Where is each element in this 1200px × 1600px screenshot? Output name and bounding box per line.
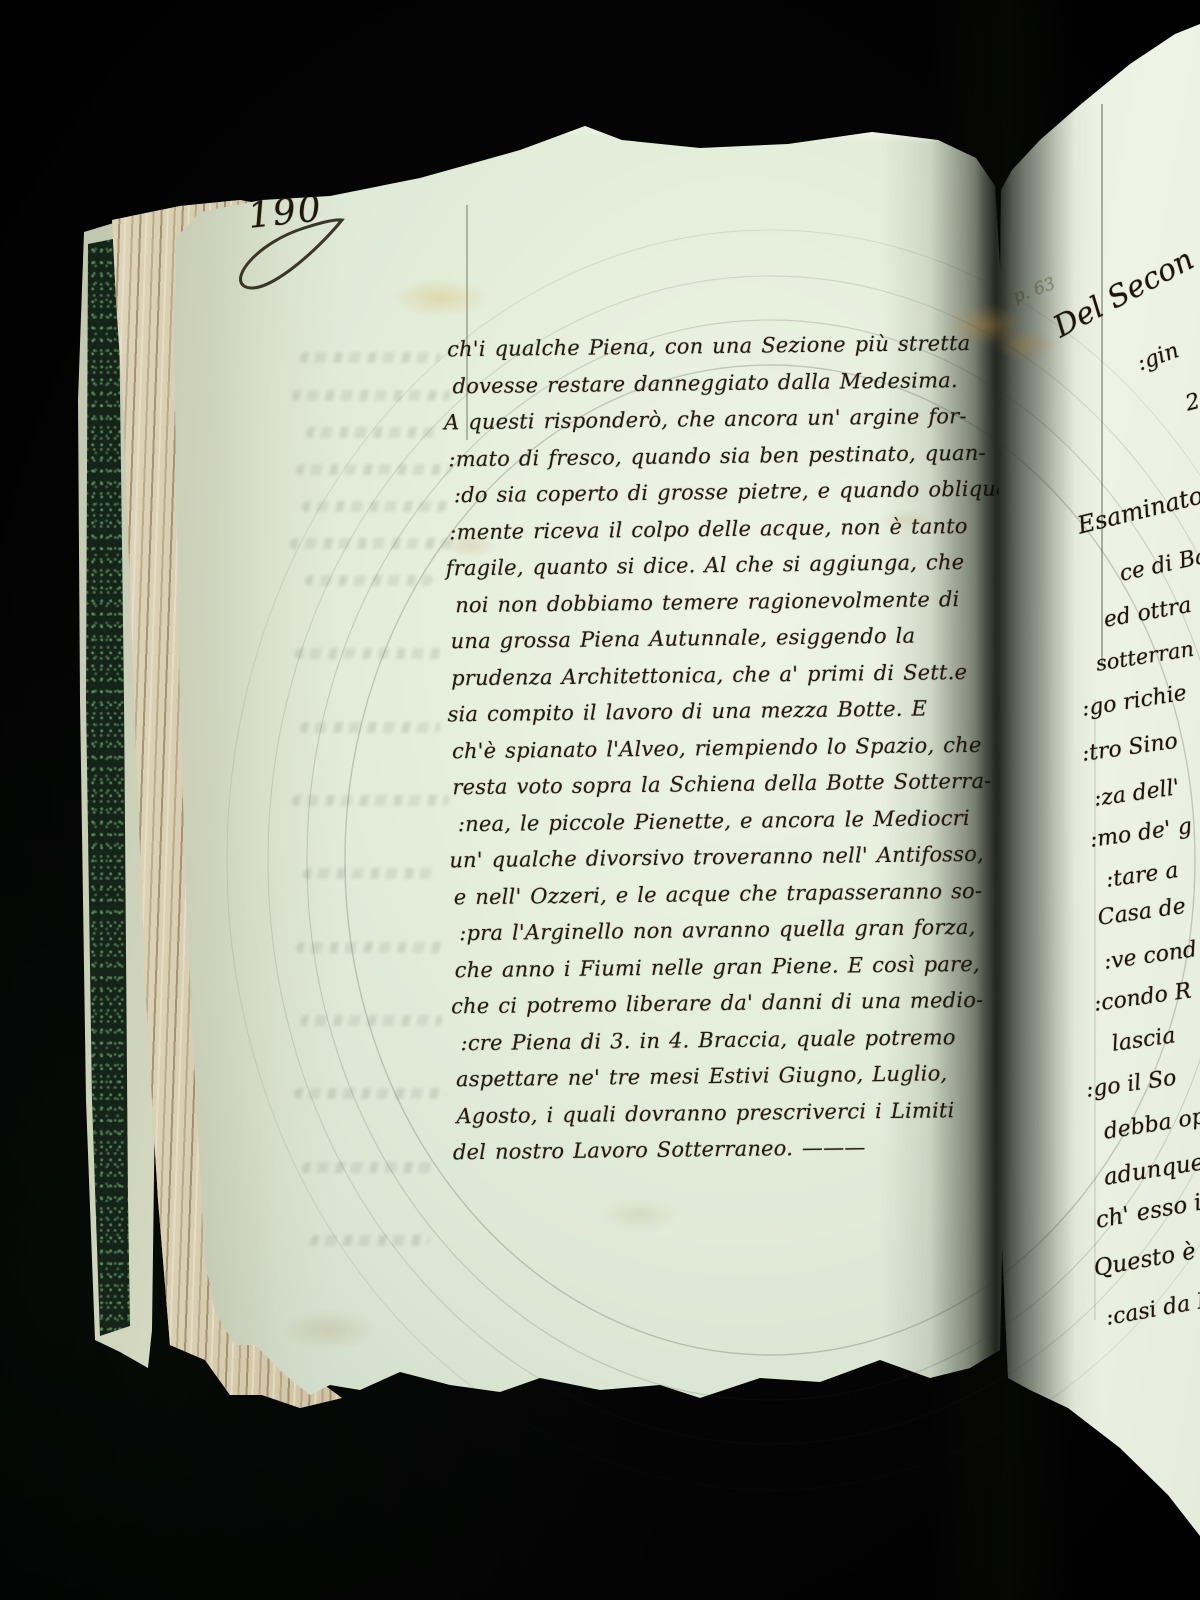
bleed-through-line [302, 868, 439, 879]
manuscript-line: :pra l'Arginello non avranno quella gran… [459, 909, 994, 952]
right-page-line-fragment: Casa de [1096, 894, 1187, 931]
right-page-line-fragment: ce di Ba [1117, 544, 1200, 587]
right-page-line-fragment: :go il So [1084, 1065, 1178, 1102]
manuscript-line: che ci potremo liberare da' danni di una… [451, 982, 995, 1025]
right-page-line-fragment: :condo R [1092, 978, 1193, 1016]
bleed-through-line [294, 648, 446, 659]
bleed-through-line [295, 464, 452, 475]
manuscript-line: aspettare ne' tre mesi Estivi Giugno, Lu… [456, 1055, 996, 1098]
right-page-heading-fragment: Del Secon [1048, 242, 1200, 345]
bleed-through-line [295, 942, 447, 953]
bleed-through-line [304, 575, 434, 586]
right-page-line-fragment: ch' esso i [1094, 1190, 1200, 1234]
margin-line-right-page [1101, 104, 1103, 664]
bleed-through-line [293, 1088, 447, 1099]
manuscript-line: sia compito il lavoro di una mezza Botte… [447, 690, 991, 733]
manuscript-line: A questi risponderò, che ancora un' argi… [444, 398, 988, 441]
top-deckle-edge [540, 124, 970, 141]
right-page-line-fragment: :tare a [1104, 858, 1180, 893]
right-page-line-fragment: :casi da B [1104, 1287, 1200, 1330]
bleed-through-line [291, 390, 453, 401]
bleed-through-line [299, 1015, 443, 1026]
manuscript-line: :do sia coperto di grosse pietre, e quan… [454, 471, 989, 514]
right-page-line-fragment: :za dell' [1092, 775, 1181, 812]
right-page-line-fragment: Questo è [1092, 1238, 1198, 1282]
bleed-through-line [305, 427, 437, 438]
bleed-through-line [301, 501, 448, 512]
manuscript-line: ch'i qualche Piena, con una Sezione più … [447, 325, 987, 368]
manuscript-line: fragile, quanto si dice. Al che si aggiu… [446, 544, 990, 587]
right-page-line-fragment: adunque [1102, 1149, 1200, 1191]
bleed-through-line [291, 795, 451, 806]
manuscript-line: resta voto sopra la Schiena della Botte … [452, 763, 992, 806]
right-page-line-fragment: :gin [1134, 338, 1183, 376]
bleed-through-line [309, 1235, 431, 1246]
right-page-line-fragment: :ve cond [1102, 937, 1198, 975]
manuscript-line: un' qualche divorsivo troveranno nell' A… [449, 836, 993, 879]
bleed-through-line [299, 722, 441, 733]
right-page-line-fragment: :go richie [1080, 681, 1188, 722]
manuscript-line: una grossa Piena Autunnale, esiggendo la [450, 617, 990, 660]
right-page-line-fragment: sotterran [1094, 637, 1195, 676]
right-page-line-fragment: ed ottra [1102, 593, 1194, 633]
bleed-through-line [301, 1162, 435, 1173]
manuscript-line: Agosto, i quali dovranno prescriverci i … [456, 1091, 996, 1134]
right-page-line-fragment: 2 [1183, 389, 1200, 417]
right-page-line-fragment: Esaminato [1075, 481, 1200, 539]
manuscript-photo-scene: 190 ch'i qualche Piena, con una Sezione … [0, 0, 1200, 1600]
manuscript-line: del nostro Lavoro Sotterraneo. ——— [453, 1128, 997, 1171]
bleed-through-line [289, 538, 456, 549]
manuscript-text-block: ch'i qualche Piena, con una Sezione più … [447, 325, 997, 1171]
right-page-line-fragment: :mo de' g [1088, 814, 1193, 853]
bleed-through-line [299, 352, 441, 363]
right-page-line-fragment: :tro Sino [1080, 729, 1179, 767]
right-page-line-fragment: lascia [1110, 1023, 1177, 1057]
page-number: 190 [246, 188, 325, 237]
right-page-line-fragment: debba op [1102, 1104, 1200, 1145]
right-page-pencil-mark: p. 63 [1011, 274, 1059, 308]
